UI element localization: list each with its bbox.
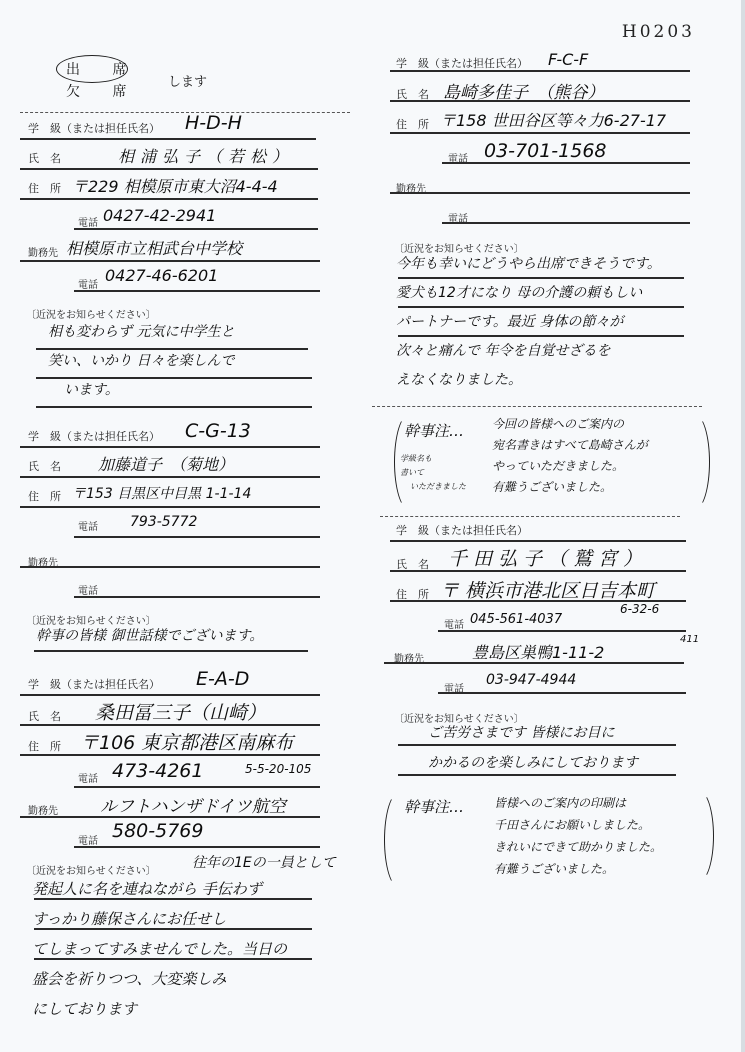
underline xyxy=(20,694,320,696)
phone-label: 電話 xyxy=(444,616,464,631)
class-label: 学 級（または担任氏名） xyxy=(396,522,528,538)
work-phone-label: 電話 xyxy=(78,832,98,847)
underline xyxy=(20,198,318,200)
workplace-value: ルフトハンザドイツ航空 xyxy=(100,792,286,817)
work-phone-label: 電話 xyxy=(78,276,98,291)
scanned-form-page: H0203 出 席 欠 席 します 学 級（または担任氏名） H-D-H 氏 名… xyxy=(0,0,745,1052)
secretary-note-text: 皆様へのご案内の印刷は 千田さんにお願いしました。 きれいにできて助かりました。… xyxy=(494,792,662,880)
workplace-label: 勤務先 xyxy=(28,802,58,817)
address-label: 住 所 xyxy=(28,180,61,196)
underline xyxy=(34,898,312,900)
underline xyxy=(390,132,690,134)
underline xyxy=(36,348,308,350)
underline xyxy=(74,846,320,848)
name-value: 千田弘子（鷲宮） xyxy=(448,544,648,571)
phone-label: 電話 xyxy=(78,214,98,229)
news-text: 発起人に名を連ねながら 手伝わず すっかり藤保さんにお任せし てしまってすみませ… xyxy=(32,874,287,1024)
divider xyxy=(380,516,680,517)
divider xyxy=(372,406,702,407)
underline xyxy=(20,724,320,726)
address-value: 〒229 相模原市東大沼4-4-4 xyxy=(72,174,278,197)
class-value: F-C-F xyxy=(548,50,588,69)
phone-value: 473-4261 xyxy=(112,760,203,782)
underline xyxy=(20,446,320,448)
document-id: H0203 xyxy=(622,22,695,42)
class-label: 学 級（または担任氏名） xyxy=(28,120,160,136)
underline xyxy=(20,816,320,818)
bracket-right xyxy=(684,790,714,882)
underline xyxy=(390,100,690,102)
news-text: 今年も幸いにどうやら出席できそうです。 愛犬も12才になり 母の介護の頼もしい … xyxy=(396,250,661,395)
news-text: 相も変わらず 元気に中学生と 笑い、いかり 日々を楽しんで います。 xyxy=(48,318,234,405)
underline xyxy=(74,536,320,538)
underline xyxy=(398,335,684,337)
underline xyxy=(34,928,312,930)
name-value: 相浦弘子（若松） xyxy=(118,144,294,167)
work-phone-value: 0427-46-6201 xyxy=(105,266,218,285)
underline xyxy=(398,306,684,308)
work-phone-value: 580-5769 xyxy=(112,820,203,842)
underline xyxy=(20,566,320,568)
name-label: 氏 名 xyxy=(28,458,61,474)
underline xyxy=(34,958,312,960)
phone-value: 045-561-4037 xyxy=(470,612,562,627)
phone-value: 0427-42-2941 xyxy=(103,206,216,225)
attend-option[interactable]: 出 席 xyxy=(66,59,140,79)
underline xyxy=(384,662,684,664)
address-label: 住 所 xyxy=(396,116,429,132)
underline xyxy=(36,406,312,408)
underline xyxy=(442,222,690,224)
work-phone-label: 電話 xyxy=(78,582,98,597)
workplace-label: 勤務先 xyxy=(28,244,58,259)
underline xyxy=(390,70,690,72)
underline xyxy=(398,277,684,279)
address-label: 住 所 xyxy=(28,488,61,504)
underline xyxy=(398,744,676,746)
class-value: C-G-13 xyxy=(185,420,251,442)
underline xyxy=(20,506,320,508)
underline xyxy=(442,162,690,164)
attendance-selector: 出 席 欠 席 します xyxy=(58,57,218,112)
secretary-note-side: 学級名も 書いて いただきました xyxy=(400,452,466,494)
address-extra: 5-5-20-105 xyxy=(245,762,311,776)
bracket-right xyxy=(680,414,710,510)
phone-value: 793-5772 xyxy=(130,514,197,530)
secretary-note-text: 今回の皆様へのご案内の 宛名書きはすべて島崎さんが やっていただきました。 有難… xyxy=(492,414,648,498)
address-value: 〒106 東京都港区南麻布 xyxy=(80,728,293,755)
secretary-note-title: 幹事注… xyxy=(404,420,464,441)
class-label: 学 級（または担任氏名） xyxy=(28,428,160,444)
class-label: 学 級（または担任氏名） xyxy=(28,676,160,692)
name-value: 桑田冨三子（山崎） xyxy=(95,698,266,725)
underline xyxy=(34,650,308,652)
underline xyxy=(74,228,318,230)
underline xyxy=(438,630,686,632)
class-value: E-A-D xyxy=(196,668,249,690)
work-phone-value: 03-947-4944 xyxy=(486,672,576,688)
underline xyxy=(20,168,318,170)
address-value: 〒153 目黒区中目黒 1-1-14 xyxy=(72,483,251,503)
underline xyxy=(20,754,320,756)
absent-option[interactable]: 欠 席 xyxy=(66,81,140,101)
attendance-suffix: します xyxy=(168,71,207,90)
workplace-extra: 411 xyxy=(680,634,699,645)
news-text: ご苦労さまです 皆様にお目に かかるのを楽しみにしております xyxy=(428,718,638,778)
address-extra: 6-32-6 xyxy=(620,602,659,616)
phone-label: 電話 xyxy=(78,518,98,533)
name-value: 加藤道子 （菊地） xyxy=(98,452,234,475)
underline xyxy=(74,786,320,788)
class-value: H-D-H xyxy=(185,112,242,134)
underline xyxy=(36,377,312,379)
name-label: 氏 名 xyxy=(28,708,61,724)
underline xyxy=(74,596,320,598)
workplace-value: 豊島区巣鴨1-11-2 xyxy=(472,640,604,663)
class-label: 学 級（または担任氏名） xyxy=(396,55,528,71)
underline xyxy=(390,540,686,542)
name-label: 氏 名 xyxy=(28,150,61,166)
address-value: 〒158 世田谷区等々力6-27-17 xyxy=(440,108,666,131)
phone-label: 電話 xyxy=(78,770,98,785)
phone-value: 03-701-1568 xyxy=(484,140,607,162)
underline xyxy=(74,290,320,292)
address-label: 住 所 xyxy=(28,738,61,754)
underline xyxy=(390,570,686,572)
underline xyxy=(390,192,690,194)
workplace-value: 相模原市立相武台中学校 xyxy=(66,236,242,259)
underline xyxy=(398,774,676,776)
underline xyxy=(20,476,320,478)
address-value: 〒 横浜市港北区日吉本町 xyxy=(440,576,655,603)
news-text: 幹事の皆様 御世話様でございます。 xyxy=(36,622,263,651)
underline xyxy=(438,692,686,694)
underline xyxy=(20,138,316,140)
secretary-note-title: 幹事注… xyxy=(404,796,464,817)
underline xyxy=(20,260,320,262)
news-inline: 往年の1Eの一員として xyxy=(192,852,336,872)
